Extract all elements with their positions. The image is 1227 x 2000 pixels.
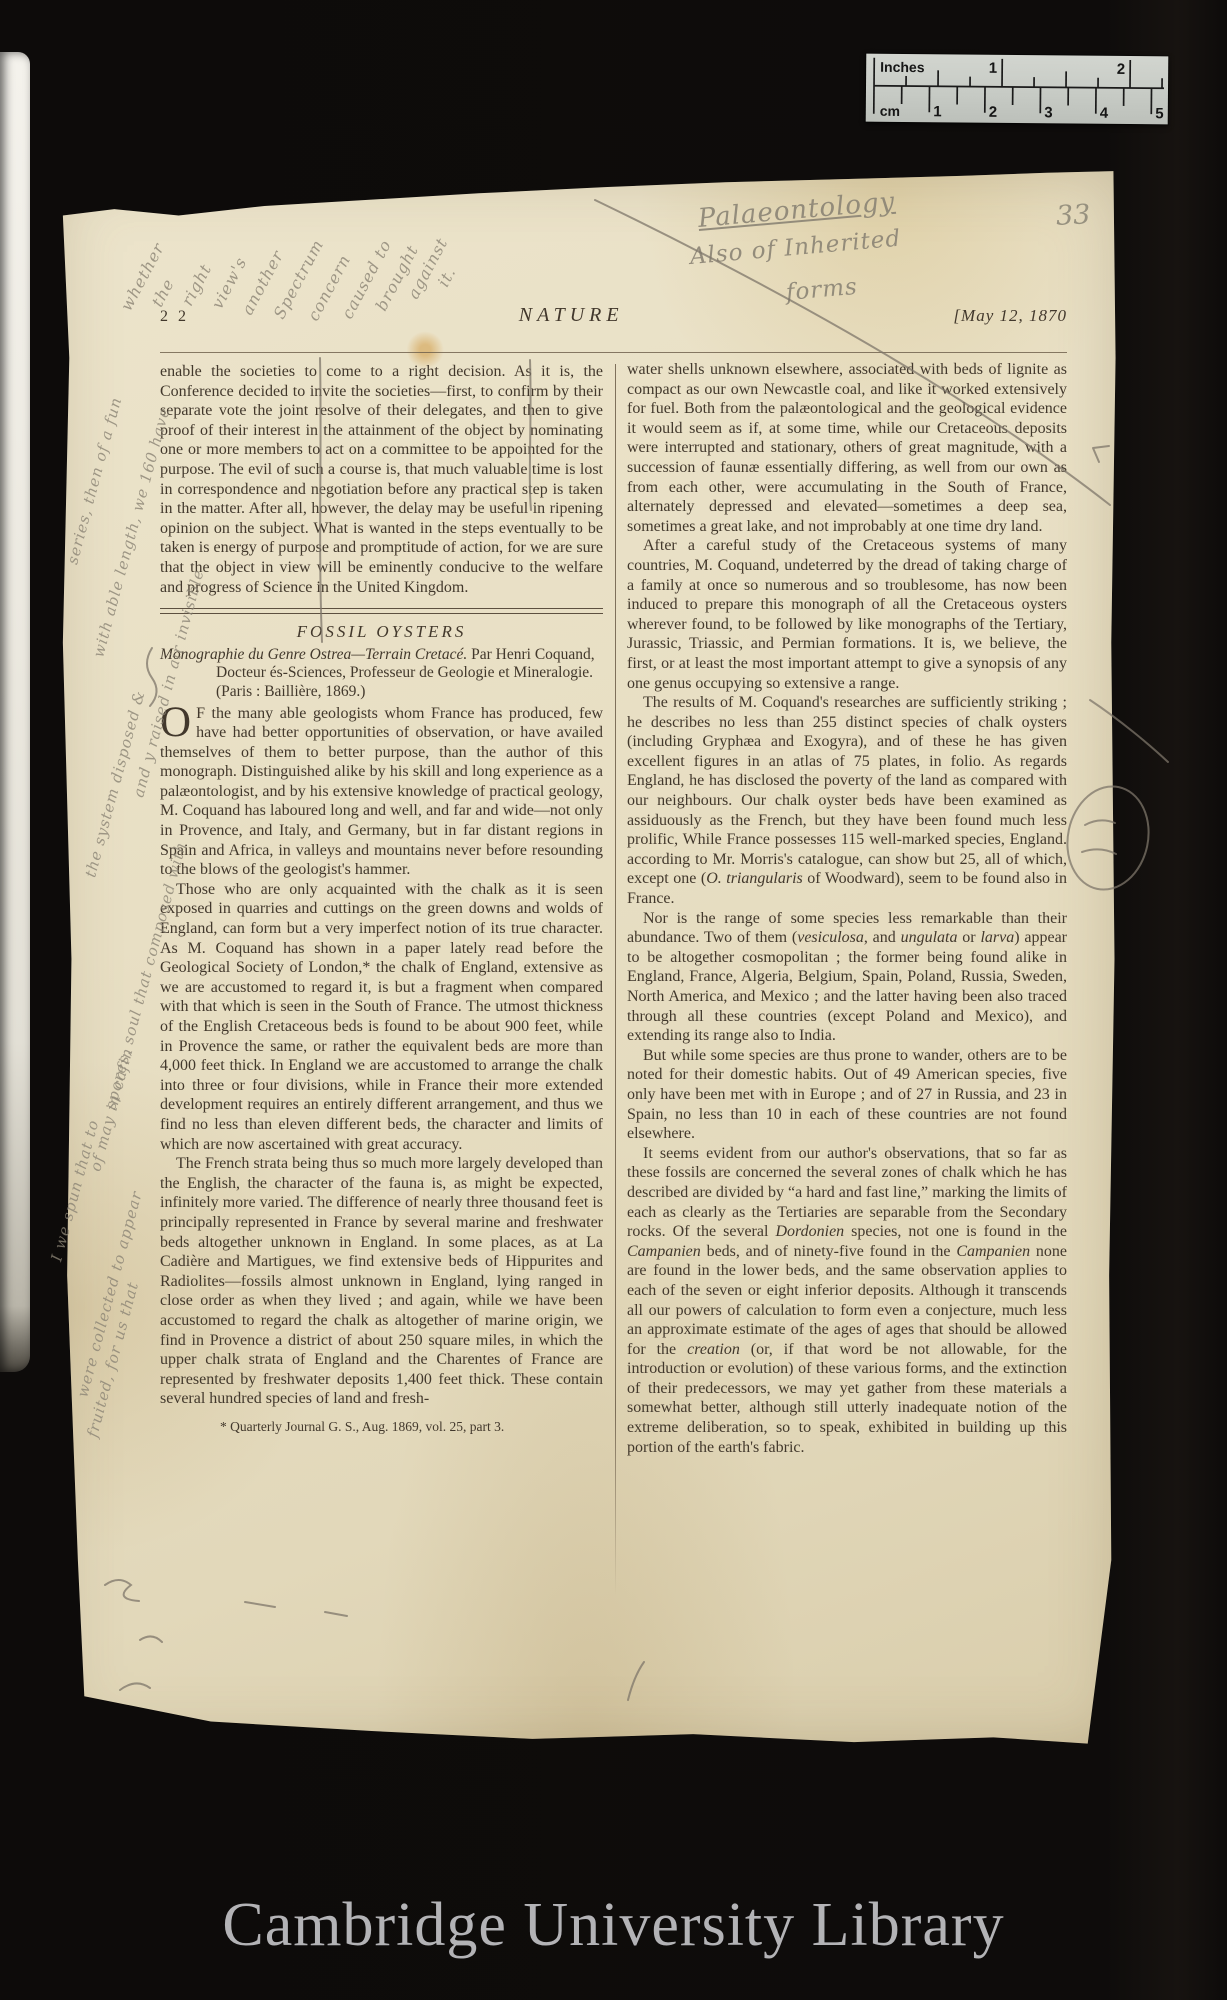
- italic-text: creation: [687, 1341, 740, 1358]
- ruler-scale-graphic: Inches12cm12345: [866, 54, 1169, 125]
- paragraph: The results of M. Coquand's researches a…: [627, 693, 1067, 909]
- text-run: ) appear to be altogether cosmopolitan ;…: [627, 929, 1067, 1044]
- ruler-tick: [874, 86, 1164, 89]
- text-run: Those who are only acquainted with the c…: [160, 881, 603, 1153]
- paragraph: Those who are only acquainted with the c…: [160, 880, 603, 1154]
- italic-text: ungulata: [901, 929, 958, 946]
- paragraph: Nor is the range of some species less re…: [627, 909, 1067, 1046]
- paragraph: OF the many able geologists whom France …: [160, 704, 603, 880]
- ruler-label: 2: [989, 104, 997, 121]
- ruler-label: 4: [1100, 105, 1109, 122]
- paragraph: The French strata being thus so much mor…: [160, 1154, 603, 1409]
- continuation-text: enable the societies to come to a right …: [160, 362, 603, 597]
- paragraph: enable the societies to come to a right …: [160, 362, 603, 597]
- italic-text: O. triangularis: [706, 870, 803, 887]
- scale-ruler: Inches12cm12345: [866, 54, 1169, 125]
- header-rule: [160, 352, 1067, 353]
- left-column: enable the societies to come to a right …: [160, 362, 603, 1436]
- italic-text: vesiculosa: [797, 929, 864, 946]
- ruler-label: 3: [1044, 104, 1052, 121]
- ruler-label: Inches: [880, 59, 925, 75]
- article-body: OF the many able geologists whom France …: [160, 704, 603, 1409]
- ruler-label: 5: [1155, 105, 1163, 122]
- text-run: But while some species are thus prone to…: [627, 1047, 1067, 1142]
- text-run: , and: [864, 929, 901, 946]
- section-divider-rule: [160, 608, 603, 614]
- book-page-edge: [0, 52, 30, 1372]
- text-run: or: [958, 929, 981, 946]
- italic-text: Dordonien: [775, 1223, 844, 1240]
- text-run: F the many able geologists whom France h…: [160, 705, 603, 879]
- italic-text: Campanien: [956, 1243, 1030, 1260]
- ruler-label: 1: [933, 103, 941, 120]
- paragraph: After a careful study of the Cretaceous …: [627, 536, 1067, 693]
- journal-title: NATURE: [519, 304, 624, 327]
- article-citation: Monographie du Genre Ostrea—Terrain Cret…: [160, 646, 603, 702]
- scan-photograph: { "scan": { "background_color": "#0d0b0a…: [0, 0, 1227, 2000]
- page-number: 2 2: [160, 308, 189, 326]
- text-run: After a careful study of the Cretaceous …: [627, 537, 1067, 691]
- issue-date: [May 12, 1870: [953, 306, 1067, 326]
- ruler-label: 2: [1117, 61, 1125, 78]
- journal-page: 2 2 NATURE [May 12, 1870 enable the soci…: [50, 168, 1122, 1750]
- text-run: water shells unknown elsewhere, associat…: [627, 361, 1067, 535]
- article-heading: FOSSIL OYSTERS: [160, 622, 603, 642]
- footnote: * Quarterly Journal G. S., Aug. 1869, vo…: [160, 1417, 603, 1437]
- right-column: water shells unknown elsewhere, associat…: [627, 360, 1067, 1457]
- drop-cap: O: [160, 704, 196, 740]
- column-divider-rule: [615, 364, 616, 1596]
- paragraph: But while some species are thus prone to…: [627, 1046, 1067, 1144]
- italic-text: larva: [980, 929, 1014, 946]
- ruler-label: 1: [989, 60, 997, 77]
- text-run: The results of M. Coquand's researches a…: [627, 694, 1067, 887]
- ruler-label: cm: [880, 103, 900, 119]
- library-watermark: Cambridge University Library: [0, 1890, 1227, 1961]
- page-header: 2 2 NATURE [May 12, 1870: [160, 304, 1067, 327]
- text-run: beds, and of ninety-five found in the: [701, 1243, 957, 1260]
- paragraph: water shells unknown elsewhere, associat…: [627, 360, 1067, 536]
- text-run: The French strata being thus so much mor…: [160, 1155, 603, 1407]
- text-run: species, not one is found in the: [844, 1223, 1067, 1240]
- text-run: enable the societies to come to a right …: [160, 363, 603, 596]
- italic-text: Campanien: [627, 1243, 701, 1260]
- italic-text: Monographie du Genre Ostrea—Terrain Cret…: [160, 646, 467, 663]
- paragraph: It seems evident from our author's obser…: [627, 1144, 1067, 1458]
